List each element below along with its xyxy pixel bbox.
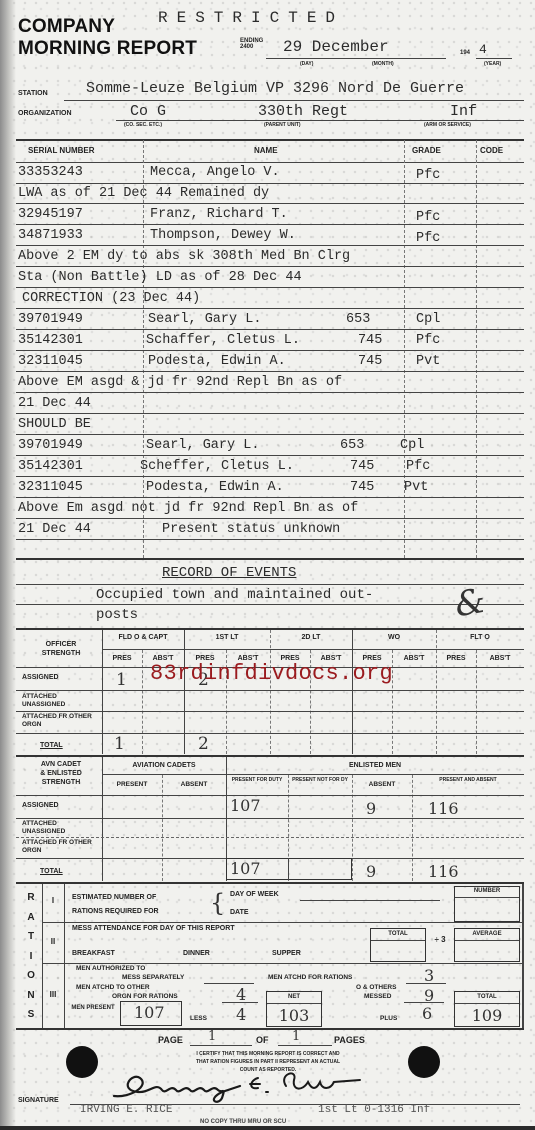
classification-stamp: RESTRICTED [158, 9, 344, 27]
org-caption-company: (CO. SEC. ETC.) [124, 122, 162, 128]
breakfast-label: BREAKFAST [72, 950, 115, 957]
plus-value: 6 [422, 1004, 432, 1023]
officer-group-2d-lt: 2D LT [270, 634, 352, 641]
less-label: LESS [190, 1015, 207, 1022]
o-others-line1: O & OTHERS [356, 984, 396, 991]
less-value: 4 [236, 1005, 246, 1024]
officer-total-1stlt-pres: 2 [198, 734, 209, 754]
day-of-week-label: DAY OF WEEK [230, 891, 279, 898]
divide-by-three: ÷ 3 [432, 934, 448, 946]
col-name: NAME [254, 146, 278, 155]
of-label: OF [256, 1035, 269, 1045]
ending-label: ENDING 2400 [240, 38, 264, 50]
o-others-line2: MESSED [364, 993, 391, 1000]
officer-assigned-fld-pres: 1 [116, 670, 127, 690]
year-value: 4 [479, 42, 487, 57]
net-label: NET [266, 994, 322, 1000]
aviation-cadets-group: AVIATION CADETS [102, 762, 226, 769]
atchd-other-orgn-line2: ORGN FOR RATIONS [112, 993, 178, 1000]
sub-abst: ABS'T [476, 655, 524, 662]
officer-group-1st-lt: 1ST LT [184, 634, 270, 641]
rations-total-value: 109 [454, 1006, 520, 1025]
org-caption-parent: (PARENT UNIT) [264, 122, 301, 128]
enlisted-men-group: ENLISTED MEN [226, 762, 524, 769]
day-caption: (DAY) [300, 61, 313, 67]
rations-side-label: R A T I O N S [20, 888, 42, 1025]
col-serial-number: SERIAL NUMBER [28, 146, 95, 155]
punch-hole-right [408, 1046, 440, 1078]
signature-icon [110, 1068, 370, 1108]
average-label: AVERAGE [454, 931, 520, 937]
org-arm: Inf [450, 103, 477, 120]
bottom-note: NO COPY THRU MRU OR SCU [200, 1119, 286, 1125]
morning-report-page: COMPANY MORNING REPORT RESTRICTED ENDING… [0, 0, 535, 1130]
rations-section-ii-numeral: II [42, 937, 64, 946]
rations-total-label: TOTAL [454, 994, 520, 1000]
date-label: DATE [230, 909, 249, 916]
estimated-rations-label: ESTIMATED NUMBER OF RATIONS REQUIRED FOR [72, 891, 159, 919]
atchd-other-orgn-line1: MEN ATCHD TO OTHER [76, 984, 150, 991]
station-label: STATION [18, 90, 48, 97]
men-present-value: 107 [134, 1003, 165, 1022]
events-initials: & [452, 581, 489, 626]
page-label: PAGE [158, 1035, 183, 1045]
auth-mess-separately-line2: MESS SEPARATELY [122, 974, 184, 981]
col-present-not-for-duty: PRESENT NOT FOR DY [290, 777, 350, 784]
officer-group-fld: FLD O & CAPT [102, 634, 184, 641]
pages-value: 1 [292, 1029, 300, 1044]
enlisted-total-present-duty: 107 [230, 859, 261, 878]
rations-section-iii-numeral: III [42, 990, 64, 999]
mess-total-label: TOTAL [370, 931, 426, 937]
organization-label: ORGANIZATION [18, 110, 72, 117]
enlisted-row-attached-fr-other: ATTACHED FR OTHER ORGN [22, 839, 100, 855]
enlisted-row-total: TOTAL [40, 868, 63, 875]
station-value: Somme-Leuze Belgium VP 3296 Nord De Guer… [86, 80, 464, 97]
col-code: CODE [480, 146, 503, 155]
officer-row-total: TOTAL [40, 742, 63, 749]
officer-row-attached-unassigned: ATTACHED UNASSIGNED [22, 693, 100, 709]
scan-bottom-edge [0, 1126, 535, 1130]
enlisted-assigned-present-duty: 107 [230, 796, 261, 815]
supper-label: SUPPER [272, 950, 301, 957]
year-prefix: 194 [460, 50, 470, 56]
net-value: 103 [266, 1006, 322, 1025]
col-cadet-present: PRESENT [102, 781, 162, 788]
rations-section-i-numeral: I [42, 896, 64, 905]
mess-attendance-heading: MESS ATTENDANCE FOR DAY OF THIS REPORT [72, 925, 235, 932]
enlisted-row-assigned: ASSIGNED [22, 802, 59, 809]
enlisted-total-absent: 9 [366, 862, 376, 881]
col-present-and-absent: PRESENT AND ABSENT [414, 777, 522, 784]
sub-pres: PRES [102, 655, 142, 662]
form-title-line2: MORNING REPORT [18, 38, 197, 60]
signer-name: IRVING E. RICE [80, 1104, 172, 1116]
enlisted-total-present-absent: 116 [428, 862, 459, 881]
events-heading: RECORD OF EVENTS [162, 565, 296, 581]
report-date: 29 December [283, 38, 389, 56]
plus-label: PLUS [380, 1015, 397, 1022]
year-caption: (YEAR) [484, 61, 501, 67]
month-caption: (MONTH) [372, 61, 394, 67]
officer-group-wo: WO [352, 634, 436, 641]
sub-abst: ABS'T [392, 655, 436, 662]
events-line1: Occupied town and maintained out- [96, 587, 373, 603]
signer-grade: 1st Lt 0-1316 Inf [318, 1104, 430, 1116]
col-enlisted-absent: ABSENT [352, 781, 412, 788]
col-grade: GRADE [412, 146, 441, 155]
col-present-for-duty: PRESENT FOR DUTY [228, 777, 286, 784]
auth-mess-separately-line1: MEN AUTHORIZED TO [76, 965, 145, 972]
men-present-label: MEN PRESENT [68, 1004, 118, 1012]
punch-hole-left [66, 1046, 98, 1078]
dinner-label: DINNER [183, 950, 210, 957]
enlisted-strength-label: AVN CADET & ENLISTED STRENGTH [20, 760, 102, 787]
atchd-for-rations-label: MEN ATCHD FOR RATIONS [268, 974, 352, 981]
scan-edge [0, 0, 16, 1130]
number-box-label: NUMBER [454, 888, 520, 894]
col-cadet-absent: ABSENT [162, 781, 226, 788]
enlisted-assigned-present-absent: 116 [428, 799, 459, 818]
officer-row-assigned: ASSIGNED [22, 674, 59, 681]
org-caption-arm: (ARM OR SERVICE) [424, 122, 471, 128]
enlisted-assigned-absent: 9 [366, 799, 376, 818]
form-title-line1: COMPANY [18, 16, 115, 38]
pages-label: PAGES [334, 1035, 365, 1045]
sub-pres: PRES [436, 655, 476, 662]
officer-total-fld-pres: 1 [114, 734, 125, 754]
enlisted-row-attached-unassigned: ATTACHED UNASSIGNED [22, 820, 100, 836]
officer-group-flt-o: FLT O [436, 634, 524, 641]
org-parent-unit: 330th Regt [258, 103, 348, 120]
officer-row-attached-fr-other: ATTACHED FR OTHER ORGN [22, 713, 100, 729]
signature-label: SIGNATURE [18, 1097, 59, 1104]
events-line2: posts [96, 607, 138, 623]
officer-strength-label: OFFICER STRENGTH [20, 640, 102, 658]
website-watermark: 83rdinfdivdocs.org [150, 661, 393, 686]
brace-icon: { [210, 889, 225, 917]
org-company: Co G [130, 103, 166, 120]
page-value: 1 [208, 1029, 216, 1044]
